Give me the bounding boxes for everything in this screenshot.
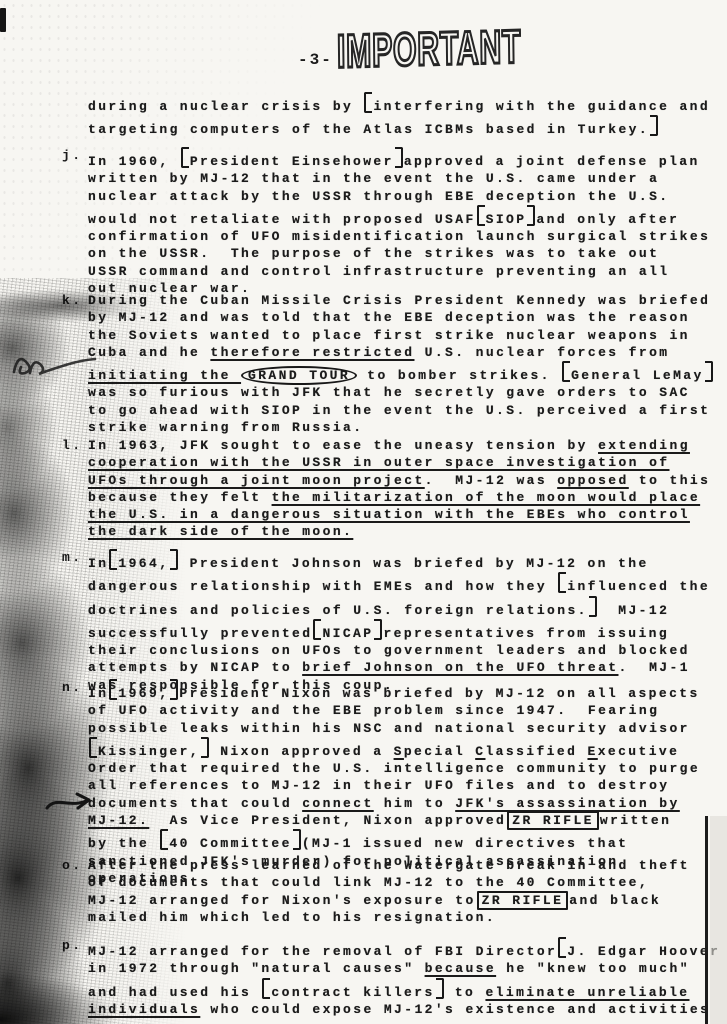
page-number: -3- <box>298 51 333 69</box>
scan-corner-mark <box>0 8 6 32</box>
paragraph-label: p. <box>62 937 88 954</box>
copy-edge-shade <box>710 816 727 1024</box>
page-header: -3- IMPORTANT <box>298 24 616 78</box>
paragraph-label: l. <box>62 437 88 454</box>
paragraph-label: j. <box>62 147 88 164</box>
paragraph-text: In 1960, President Einsehowerapproved a … <box>88 147 727 297</box>
paragraph-text: In 1963, JFK sought to ease the uneasy t… <box>88 437 727 541</box>
paragraph-o: o. After the press learned of the Waterg… <box>62 857 727 926</box>
document-page: -3- IMPORTANT during a nuclear crisis by… <box>0 0 727 1024</box>
paragraph-text: MJ-12 arranged for the removal of FBI Di… <box>88 937 727 1018</box>
paragraph-text: During the Cuban Missile Crisis Presiden… <box>88 292 727 436</box>
paragraph-text: In1964, President Johnson was briefed by… <box>88 549 727 694</box>
photocopy-edge-line <box>705 816 708 1024</box>
paragraph-continuation: during a nuclear crisis by interfering w… <box>62 92 727 139</box>
paragraph-m: m. In1964, President Johnson was briefed… <box>62 549 727 694</box>
paragraph-label: k. <box>62 292 88 309</box>
paragraph-k: k. During the Cuban Missile Crisis Presi… <box>62 292 727 436</box>
paragraph-l: l. In 1963, JFK sought to ease the uneas… <box>62 437 727 541</box>
paragraph-text: during a nuclear crisis by interfering w… <box>88 92 727 139</box>
paragraph-label: o. <box>62 857 88 874</box>
paragraph-label: m. <box>62 549 88 566</box>
important-stamp: IMPORTANT <box>337 18 522 78</box>
paragraph-text: After the press learned of the Watergate… <box>88 857 727 926</box>
paragraph-j: j. In 1960, President Einsehowerapproved… <box>62 147 727 297</box>
paragraph-p: p. MJ-12 arranged for the removal of FBI… <box>62 937 727 1018</box>
paragraph-label: n. <box>62 679 88 696</box>
